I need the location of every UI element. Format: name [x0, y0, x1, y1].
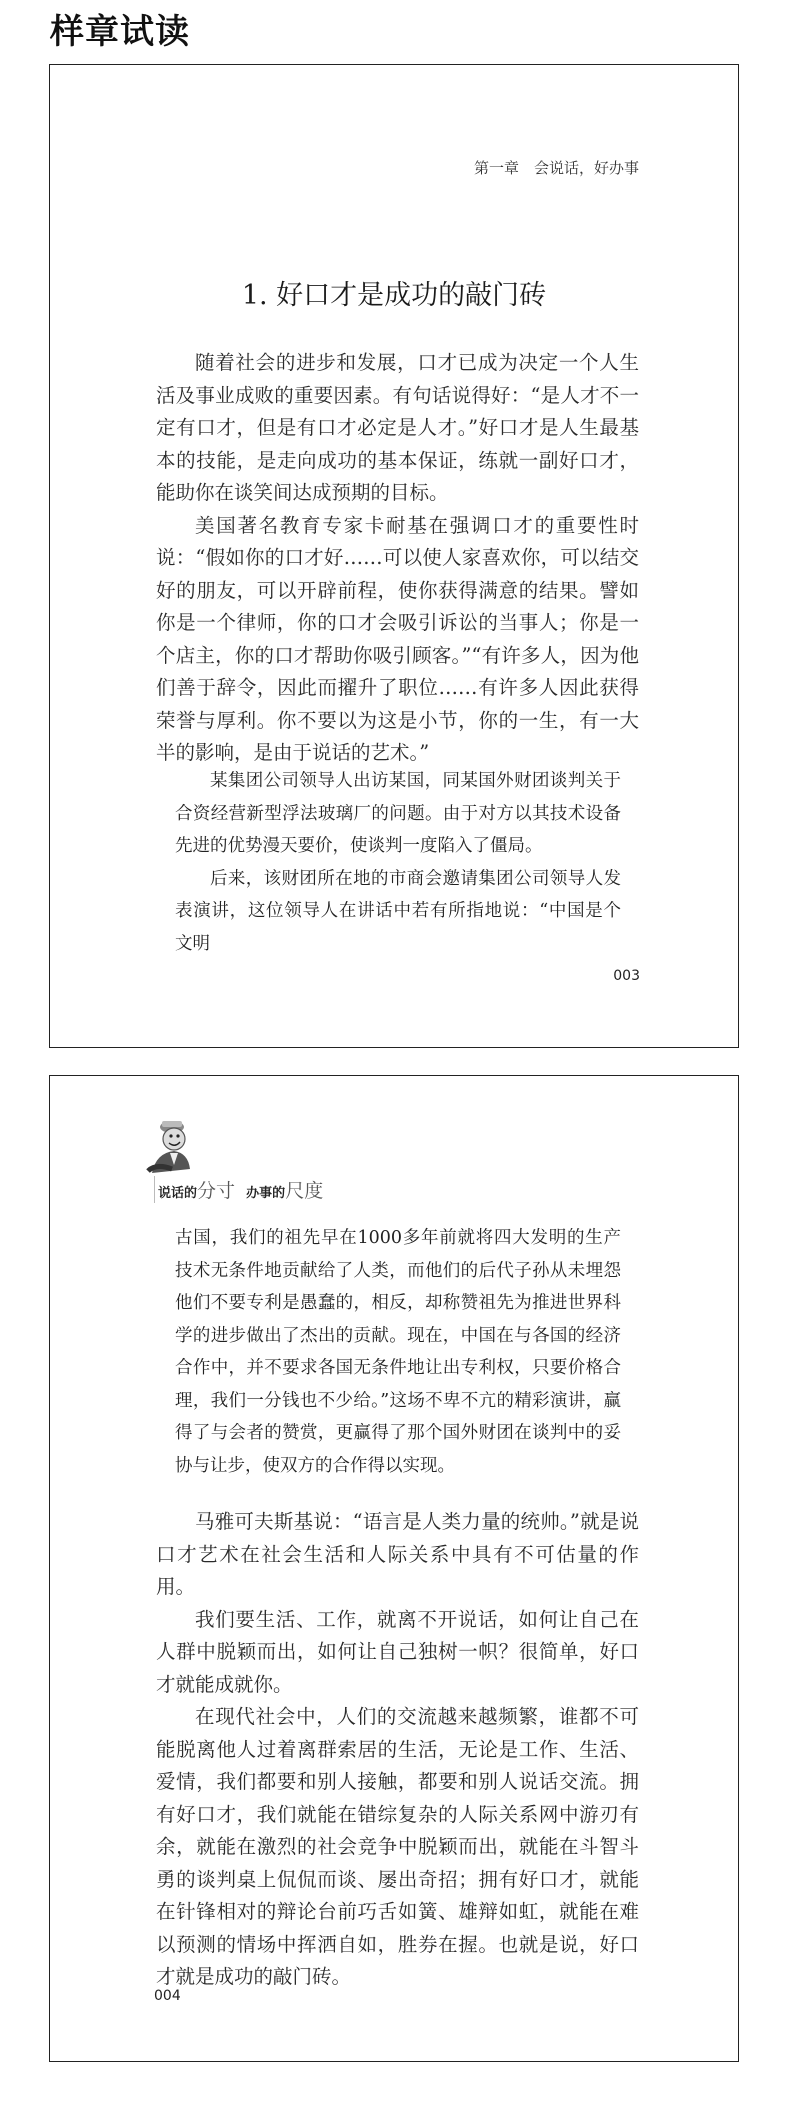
chapter-header: 第一章 会说话，好办事 — [474, 157, 639, 178]
logo-text-emphasis: 尺度 — [285, 1180, 323, 1202]
book-page-004: 说话的分寸 办事的尺度 古国，我们的祖先早在1000多年前就将四大发明的生产技术… — [49, 1075, 739, 2062]
page-number: 004 — [154, 1988, 181, 2004]
paragraph: 某集团公司领导人出访某国，同某国外财团谈判关于合资经营新型浮法玻璃厂的问题。由于… — [175, 765, 621, 863]
paragraph: 美国著名教育专家卡耐基在强调口才的重要性时说：“假如你的口才好……可以使人家喜欢… — [156, 510, 639, 770]
paragraph: 后来，该财团所在地的市商会邀请集团公司领导人发表演讲，这位领导人在讲话中若有所指… — [175, 863, 621, 961]
paragraph: 古国，我们的祖先早在1000多年前就将四大发明的生产技术无条件地贡献给了人类，而… — [175, 1222, 621, 1482]
body-text: 马雅可夫斯基说：“语言是人类力量的统帅。”就是说口才艺术在社会生活和人际关系中具… — [156, 1506, 639, 1994]
book-page-003: 第一章 会说话，好办事 1. 好口才是成功的敲门砖 随着社会的进步和发展，口才已… — [49, 64, 739, 1048]
paragraph: 在现代社会中，人们的交流越来越频繁，谁都不可能脱离他人过着离群索居的生活，无论是… — [156, 1701, 639, 1994]
body-text: 随着社会的进步和发展，口才已成为决定一个人生活及事业成败的重要因素。有句话说得好… — [156, 347, 639, 770]
paragraph: 随着社会的进步和发展，口才已成为决定一个人生活及事业成败的重要因素。有句话说得好… — [156, 347, 639, 510]
series-logo: 说话的分寸 办事的尺度 — [144, 1121, 384, 1211]
case-story-text: 某集团公司领导人出访某国，同某国外财团谈判关于合资经营新型浮法玻璃厂的问题。由于… — [175, 765, 621, 960]
paragraph: 我们要生活、工作，就离不开说话，如何让自己在人群中脱颖而出，如何让自己独树一帜？… — [156, 1604, 639, 1702]
section-title: 1. 好口才是成功的敲门砖 — [50, 273, 738, 312]
mascot-man-icon — [142, 1113, 212, 1183]
page-heading: 样章试读 — [50, 10, 190, 54]
logo-text-emphasis: 分寸 — [197, 1180, 235, 1202]
series-logo-text: 说话的分寸 办事的尺度 — [154, 1176, 323, 1203]
logo-text-part: 办事的 — [246, 1186, 285, 1201]
logo-text-part: 说话的 — [158, 1186, 197, 1201]
case-story-text: 古国，我们的祖先早在1000多年前就将四大发明的生产技术无条件地贡献给了人类，而… — [175, 1222, 621, 1482]
page-number: 003 — [613, 968, 640, 984]
paragraph: 马雅可夫斯基说：“语言是人类力量的统帅。”就是说口才艺术在社会生活和人际关系中具… — [156, 1506, 639, 1604]
